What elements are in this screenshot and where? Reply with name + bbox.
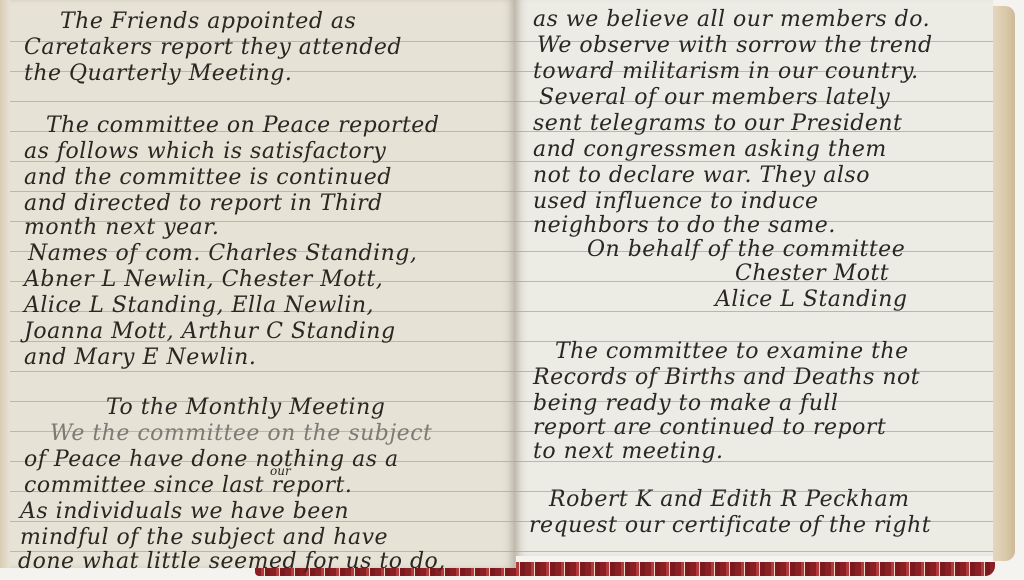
text-line: sent telegrams to our President — [533, 110, 902, 138]
page-stack-edge — [993, 6, 1015, 561]
text-line: The committee to examine the — [555, 338, 909, 366]
text-line: The committee on Peace reported — [46, 112, 439, 140]
text-line: month next year. — [24, 214, 219, 242]
left-page: The Friends appointed as Caretakers repo… — [0, 0, 516, 568]
text-line: As individuals we have been — [20, 498, 349, 526]
text-line: and the committee is continued — [24, 164, 392, 192]
text-line: Joanna Mott, Arthur C Standing — [24, 318, 396, 346]
text-line: Alice L Standing, Ella Newlin, — [24, 292, 374, 320]
text-line: Caretakers report they attended — [24, 34, 402, 62]
text-line: committee since last report. — [24, 472, 352, 500]
text-line: We the committee on the subject — [50, 420, 432, 448]
text-line: Records of Births and Deaths not — [533, 364, 920, 392]
open-ledger-book: The Friends appointed as Caretakers repo… — [0, 0, 1024, 580]
text-line: To the Monthly Meeting — [106, 394, 385, 422]
text-line: Robert K and Edith R Peckham — [549, 486, 909, 514]
right-page: as we believe all our members do. We obs… — [515, 0, 993, 556]
text-line: Names of com. Charles Standing, — [28, 240, 417, 268]
text-line: done what little seemed for us to do, — [18, 548, 446, 576]
text-line: and Mary E Newlin. — [24, 344, 256, 372]
text-line: request our certificate of the right — [529, 512, 931, 540]
text-line: The Friends appointed as — [60, 8, 356, 36]
signature-line: Alice L Standing — [715, 286, 907, 314]
text-line: not to declare war. They also — [533, 162, 870, 190]
text-line: We observe with sorrow the trend — [537, 32, 933, 60]
text-line: and congressmen asking them — [533, 136, 887, 164]
text-line: to next meeting. — [533, 438, 724, 466]
text-line: of Peace have done nothing as a — [24, 446, 399, 474]
text-line: as we believe all our members do. — [533, 6, 930, 34]
text-line: Abner L Newlin, Chester Mott, — [24, 266, 383, 294]
text-line: as follows which is satisfactory — [24, 138, 386, 166]
text-line: toward militarism in our country. — [533, 58, 919, 86]
signature-line: Chester Mott — [735, 260, 889, 288]
text-line: the Quarterly Meeting. — [24, 60, 292, 88]
text-line: Several of our members lately — [539, 84, 890, 112]
